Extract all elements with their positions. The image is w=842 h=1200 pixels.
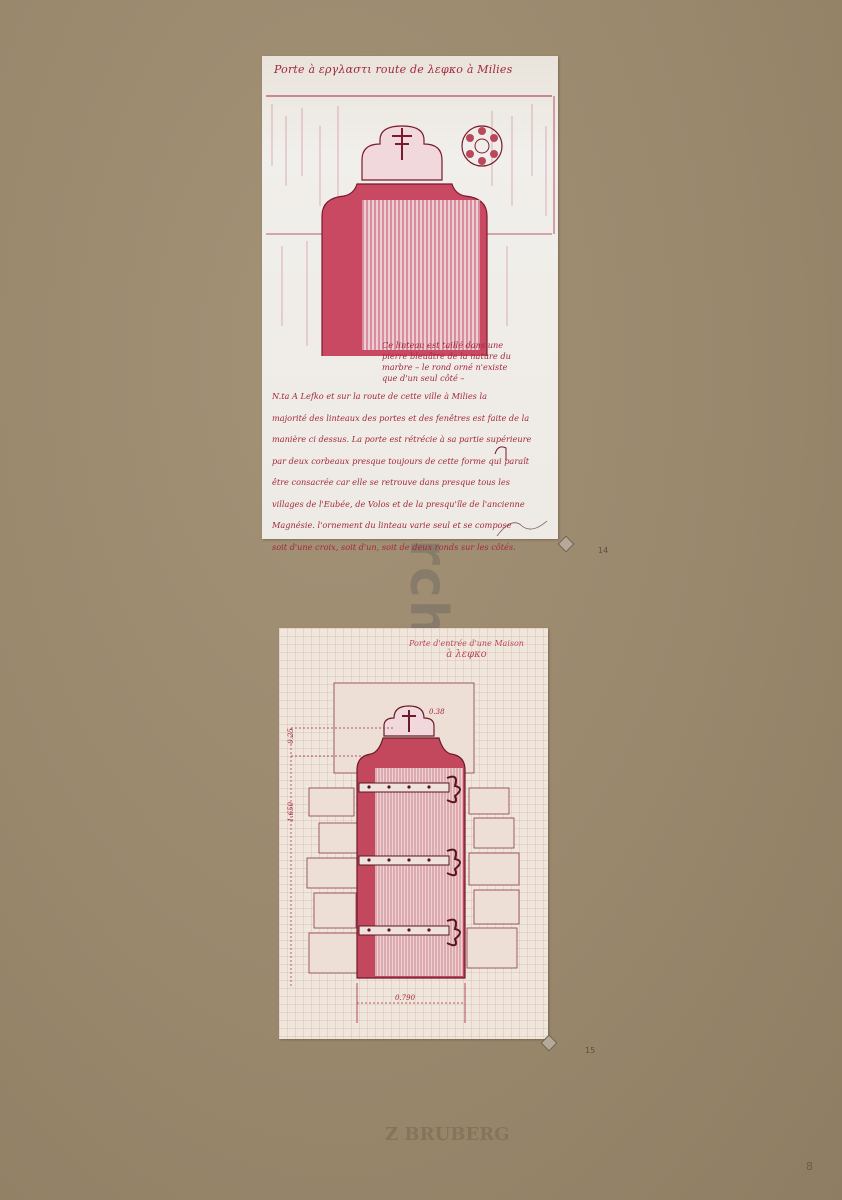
note-line: Magnésie. l'ornement du linteau varie se… xyxy=(272,515,531,537)
dimension-lintel: 0.38 xyxy=(429,708,445,716)
caption-line: marbre – le rond orné n'existe xyxy=(382,362,511,373)
door-elevation-drawing xyxy=(279,628,548,1039)
note-line: manière ci dessus. La porte est rétrécie… xyxy=(272,429,531,451)
note-line: par deux corbeaux presque toujours de ce… xyxy=(272,451,531,473)
note-line: N.ta A Lefko et sur la route de cette vi… xyxy=(272,386,531,408)
caption-line: Ce linteau est taillé dans une xyxy=(382,340,511,351)
faint-bleedthrough-label: Z BRUBERG xyxy=(385,1124,510,1145)
dimension-width: 0.790 xyxy=(395,994,415,1002)
sheet-number-bottom: 15 xyxy=(585,1046,595,1055)
caption-line: que d'un seul côté – xyxy=(382,373,511,384)
dimension-top: 0.25 xyxy=(287,728,295,744)
caption-line: pierre bleuâtre de la nature du xyxy=(382,351,511,362)
lintel-caption: Ce linteau est taillé dans une pierre bl… xyxy=(382,340,511,384)
note-line: villages de l'Eubée, de Volos et de la p… xyxy=(272,494,531,516)
sheet-top-notes: N.ta A Lefko et sur la route de cette vi… xyxy=(272,386,531,558)
drawing-sheet-top: Porte à εργλαστι route de λεφκο à Milies xyxy=(262,56,558,539)
archive-stamp-icon xyxy=(558,536,575,553)
note-line: majorité des linteaux des portes et des … xyxy=(272,408,531,430)
note-line: soit d'une croix, soit d'un, soit de deu… xyxy=(272,537,531,559)
dimension-height: 1.650 xyxy=(287,802,295,822)
drawing-sheet-bottom: Porte d'entrée d'une Maison à λεφκο xyxy=(279,628,548,1039)
sheet-number-top: 14 xyxy=(598,546,608,555)
note-line: être consacrée car elle se retrouve dans… xyxy=(272,472,531,494)
album-page-number: 8 xyxy=(806,1160,813,1173)
